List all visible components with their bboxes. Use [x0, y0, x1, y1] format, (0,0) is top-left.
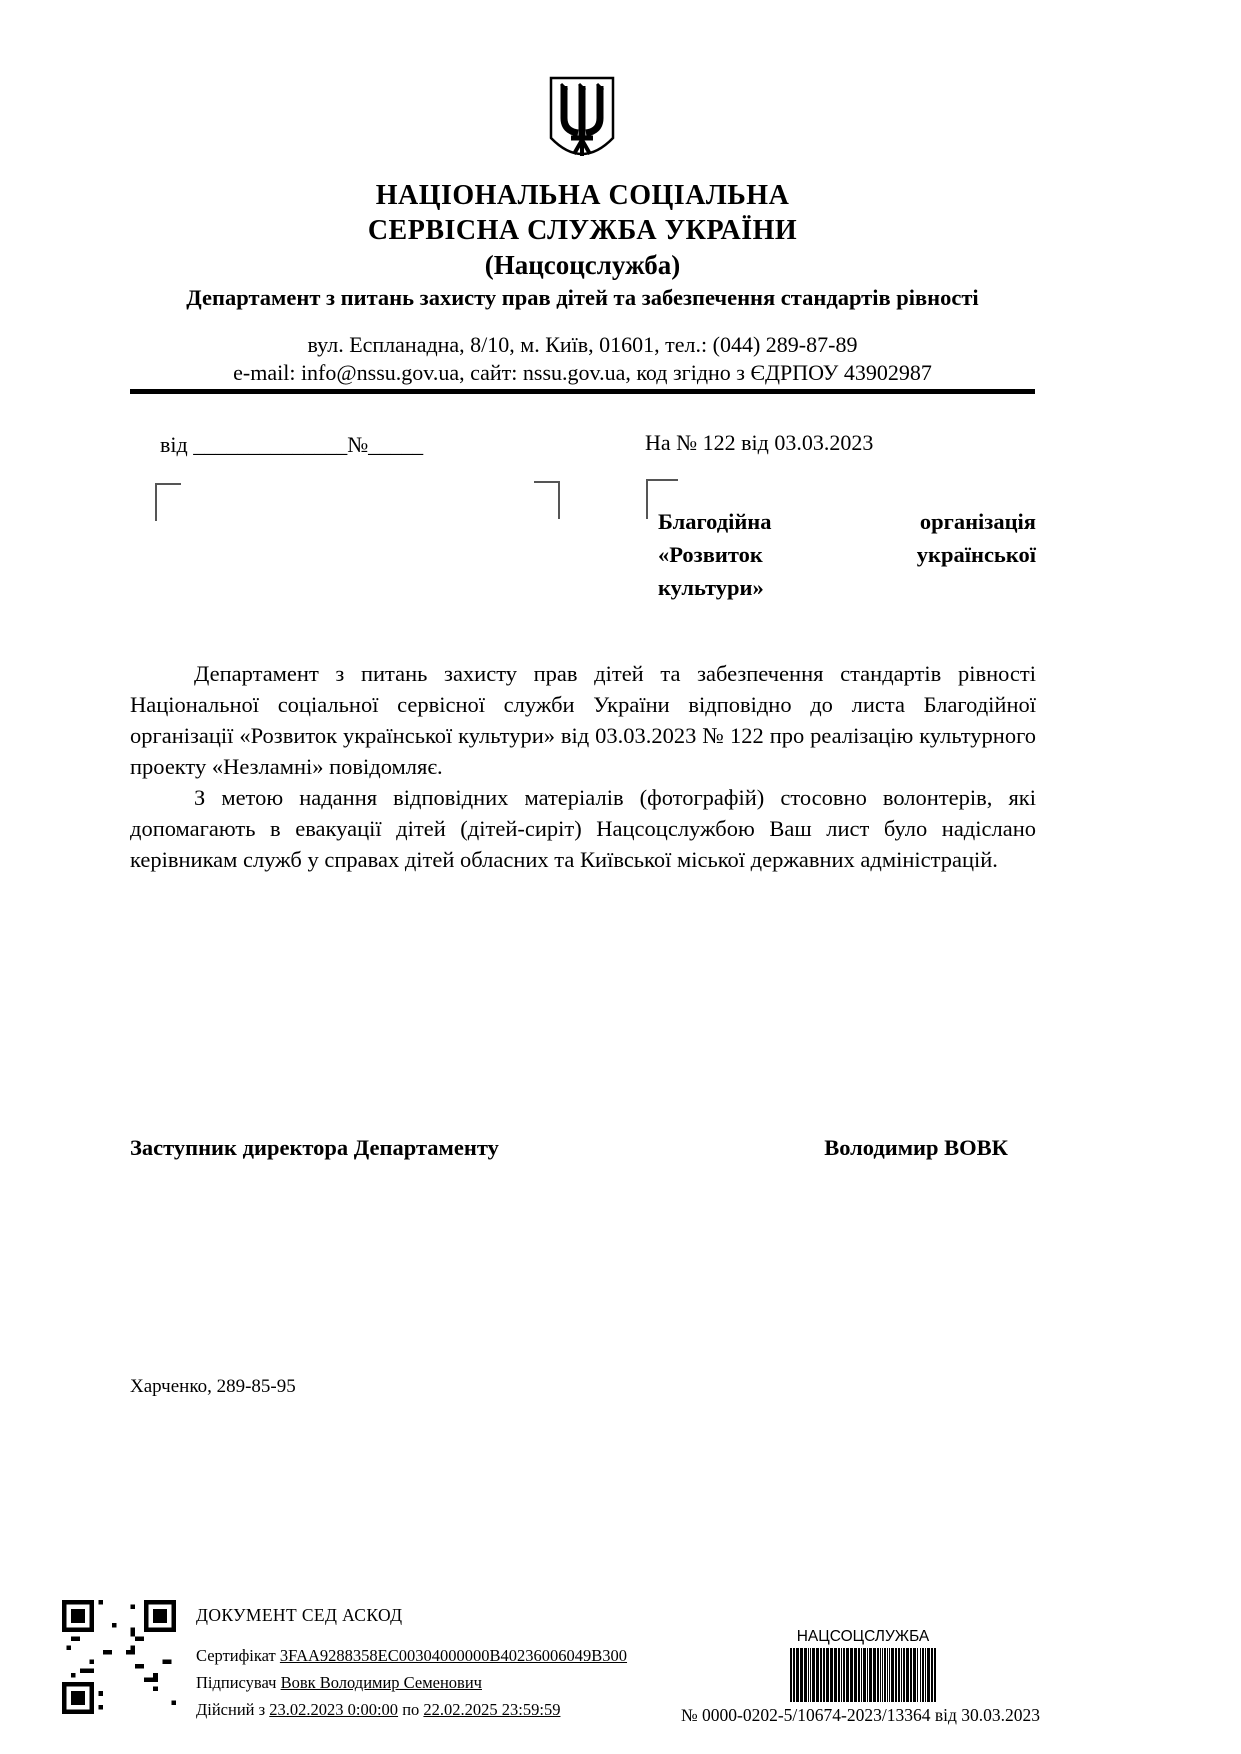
org-name-line2: СЕРВІСНА СЛУЖБА УКРАЇНИ: [130, 215, 1035, 247]
recipient-word: «Розвиток: [658, 538, 763, 571]
org-short-name: (Нацсоцслужба): [130, 250, 1035, 281]
validity-from: 23.02.2023 0:00:00: [269, 1700, 398, 1719]
signer-position: Заступник директора Департаменту: [130, 1135, 499, 1161]
certificate-block: Сертифікат 3FAA9288358EC00304000000B4023…: [196, 1642, 627, 1723]
signer-label: Підписувач: [196, 1673, 276, 1692]
executor-contact: Харченко, 289-85-95: [130, 1376, 296, 1398]
certificate-label: Сертифікат: [196, 1646, 276, 1665]
recipient-word: організація: [920, 505, 1036, 538]
outgoing-ref-blank: від ______________№_____: [160, 432, 423, 458]
qr-code-icon: [62, 1600, 176, 1714]
address-line: вул. Еспланадна, 8/10, м. Київ, 01601, т…: [130, 332, 1035, 358]
recipient-line: «Розвиток української: [658, 538, 1036, 571]
department-name: Департамент з питань захисту прав дітей …: [100, 285, 1065, 311]
certificate-line: Сертифікат 3FAA9288358EC00304000000B4023…: [196, 1642, 627, 1669]
registration-number: № 0000-0202-5/10674-2023/13364 від 30.03…: [620, 1705, 1040, 1726]
corner-mark-middle: [534, 481, 560, 519]
validity-label: Дійсний з: [196, 1700, 265, 1719]
org-name-line1: НАЦІОНАЛЬНА СОЦІАЛЬНА: [130, 180, 1035, 212]
signer-line: Підписувач Вовк Володимир Семенович: [196, 1669, 627, 1696]
validity-to: 22.02.2025 23:59:59: [423, 1700, 560, 1719]
letter-page: НАЦІОНАЛЬНА СОЦІАЛЬНА СЕРВІСНА СЛУЖБА УК…: [0, 0, 1241, 1754]
header-divider: [130, 389, 1035, 394]
body-paragraph-1: Департамент з питань захисту прав дітей …: [130, 658, 1036, 782]
recipient-word: Благодійна: [658, 505, 772, 538]
validity-middle-label: по: [402, 1700, 419, 1719]
validity-line: Дійсний з 23.02.2023 0:00:00 по 22.02.20…: [196, 1696, 627, 1723]
letter-body: Департамент з питань захисту прав дітей …: [130, 658, 1036, 875]
signer-name: Володимир ВОВК: [824, 1135, 1036, 1161]
body-paragraph-2: З метою надання відповідних матеріалів (…: [130, 782, 1036, 875]
recipient-word: української: [917, 538, 1036, 571]
ukraine-trident-icon: [547, 76, 617, 172]
stamp-org-label: НАЦСОЦСЛУЖБА: [790, 1628, 936, 1646]
recipient-line: культури»: [658, 571, 1036, 604]
sed-system-label: ДОКУМЕНТ СЕД АСКОД: [196, 1605, 403, 1626]
contact-line: e-mail: info@nssu.gov.ua, сайт: nssu.gov…: [130, 360, 1035, 386]
corner-mark-left: [155, 483, 181, 521]
certificate-value: 3FAA9288358EC00304000000B40236006049B300: [280, 1646, 627, 1665]
barcode-icon: [790, 1648, 936, 1702]
signer-value: Вовк Володимир Семенович: [281, 1673, 482, 1692]
recipient-line: Благодійна організація: [658, 505, 1036, 538]
recipient-block: Благодійна організація «Розвиток українс…: [658, 505, 1036, 604]
signature-row: Заступник директора Департаменту Володим…: [130, 1135, 1036, 1161]
incoming-ref: На № 122 від 03.03.2023: [645, 430, 873, 456]
